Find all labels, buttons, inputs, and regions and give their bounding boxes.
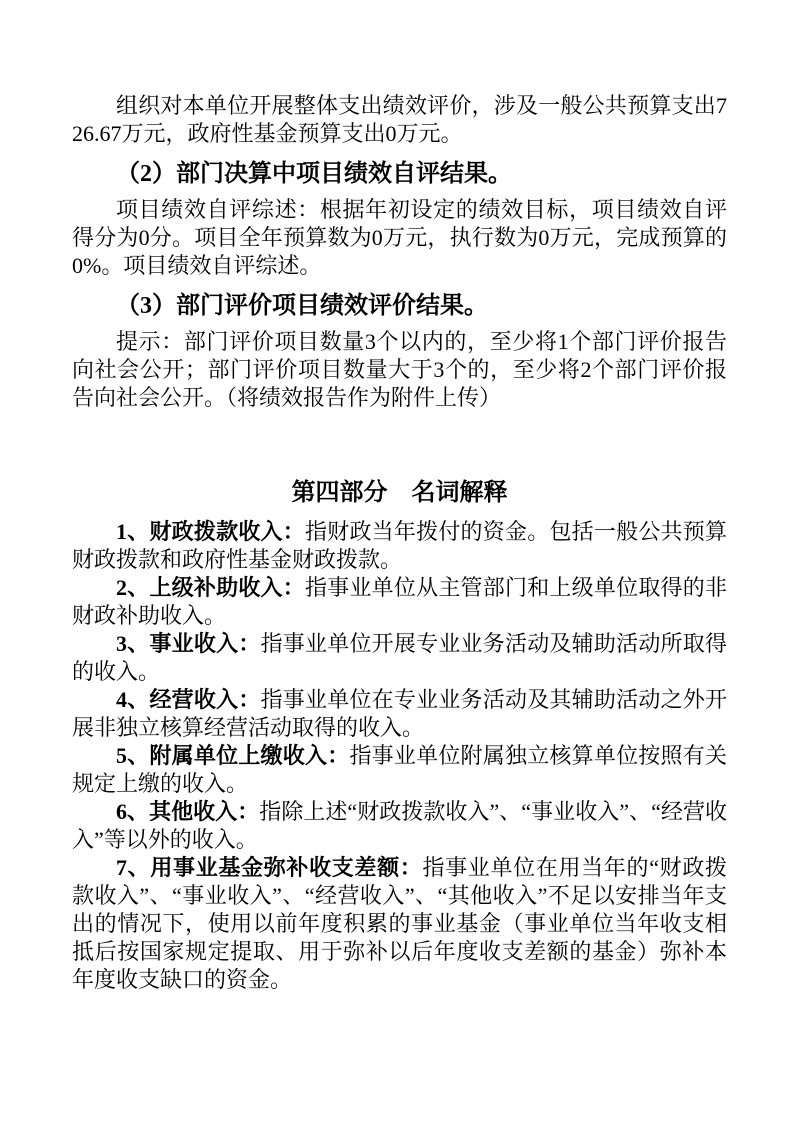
- glossary-item-5: 5、附属单位上缴收入：指事业单位附属独立核算单位按照有关规定上缴的收入。: [72, 742, 727, 798]
- glossary-item-1: 1、财政拨款收入：指财政当年拨付的资金。包括一般公共预算财政拨款和政府性基金财政…: [72, 518, 727, 574]
- glossary-item-7-term: 7、用事业基金弥补收支差额：: [116, 855, 422, 880]
- part4-glossary-title: 第四部分 名词解释: [72, 476, 727, 510]
- dept-eval-disclosure-note-paragraph: 提示：部门评价项目数量3个以内的，至少将1个部门评价报告向社会公开；部门评价项目…: [72, 328, 727, 412]
- glossary-item-1-term: 1、财政拨款收入：: [116, 519, 305, 544]
- glossary-item-2: 2、上级补助收入：指事业单位从主管部门和上级单位取得的非财政补助收入。: [72, 574, 727, 630]
- project-self-eval-summary-paragraph: 项目绩效自评综述：根据年初设定的绩效目标，项目绩效自评得分为0分。项目全年预算数…: [72, 196, 727, 280]
- glossary-item-6-term: 6、其他收入：: [116, 799, 259, 824]
- glossary-item-5-term: 5、附属单位上缴收入：: [116, 743, 349, 768]
- heading-project-self-eval-result: （2）部门决算中项目绩效自评结果。: [72, 158, 727, 190]
- glossary-item-2-term: 2、上级补助收入：: [116, 575, 305, 600]
- heading-dept-eval-result: （3）部门评价项目绩效评价结果。: [72, 290, 727, 322]
- overall-expenditure-eval-paragraph: 组织对本单位开展整体支出绩效评价，涉及一般公共预算支出726.67万元，政府性基…: [72, 92, 727, 148]
- glossary-item-6: 6、其他收入：指除上述“财政拨款收入”、“事业收入”、“经营收入”等以外的收入。: [72, 798, 727, 854]
- glossary-item-3: 3、事业收入：指事业单位开展专业业务活动及辅助活动所取得的收入。: [72, 630, 727, 686]
- glossary-item-4-term: 4、经营收入：: [116, 687, 261, 712]
- document-page: 组织对本单位开展整体支出绩效评价，涉及一般公共预算支出726.67万元，政府性基…: [0, 0, 793, 1122]
- glossary-item-3-term: 3、事业收入：: [116, 631, 261, 656]
- glossary-item-4: 4、经营收入：指事业单位在专业业务活动及其辅助活动之外开展非独立核算经营活动取得…: [72, 686, 727, 742]
- glossary-item-7: 7、用事业基金弥补收支差额：指事业单位在用当年的“财政拨款收入”、“事业收入”、…: [72, 854, 727, 994]
